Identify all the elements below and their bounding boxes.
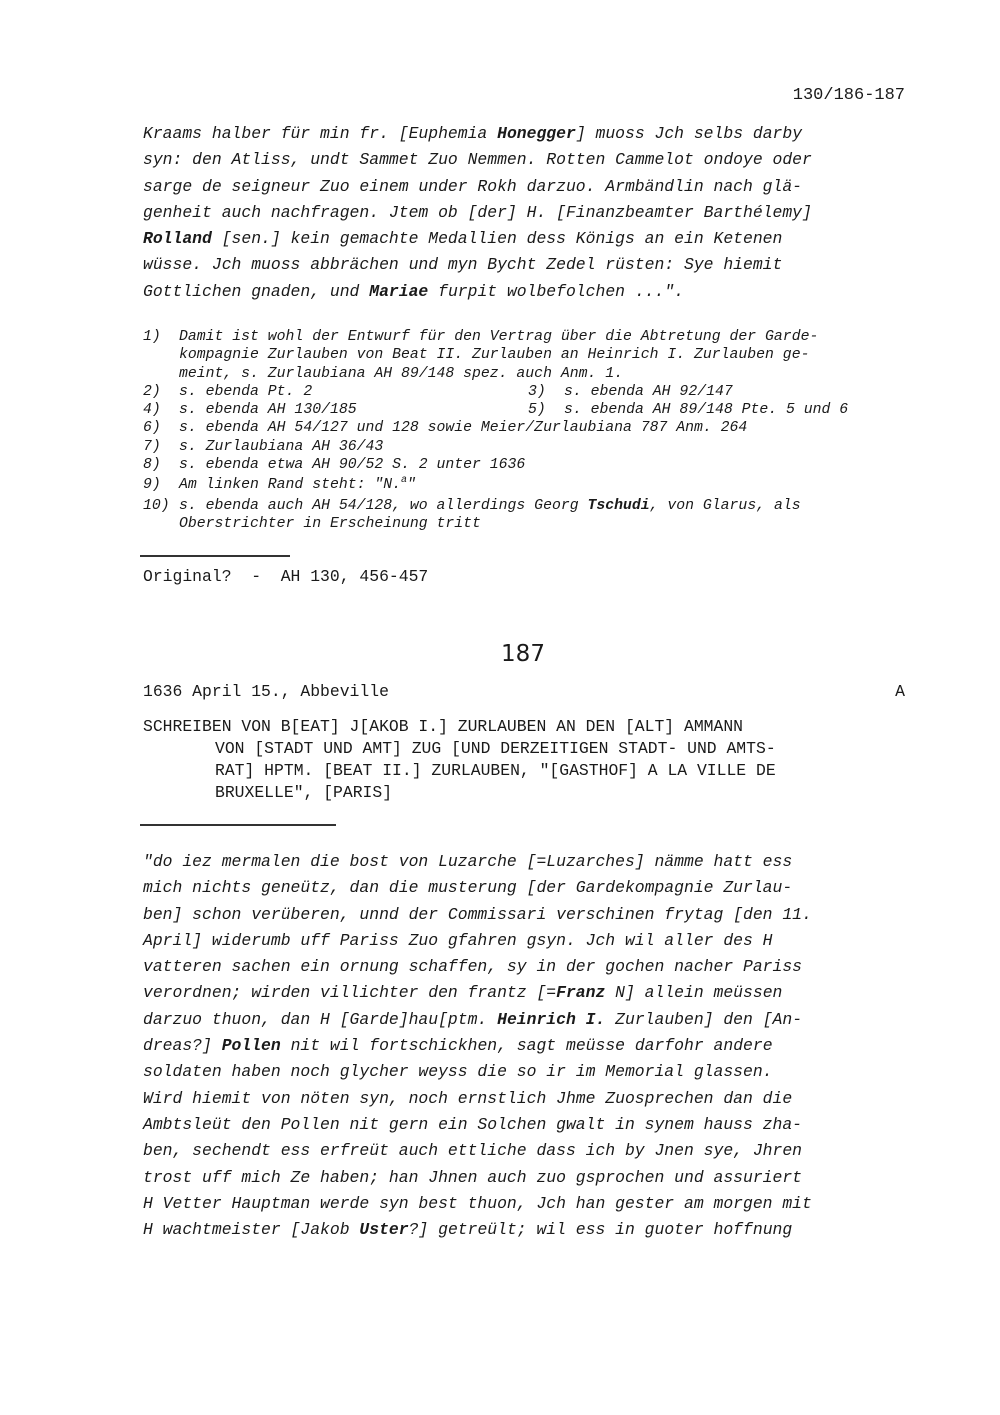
text-line: trost uff mich Ze haben; han Jhnen auch … bbox=[143, 1165, 913, 1191]
text-line: dreas?] Pollen nit wil fortschickhen, sa… bbox=[143, 1033, 913, 1059]
text-line: wüsse. Jch muoss abbrächen und myn Bycht… bbox=[143, 252, 913, 278]
footnote-10: 10)s. ebenda auch AH 54/128, wo allerdin… bbox=[143, 497, 913, 534]
text-line: vatteren sachen ein ornung schaffen, sy … bbox=[143, 954, 913, 980]
text-line: H wachtmeister [Jakob Uster?] getreült; … bbox=[143, 1217, 913, 1243]
document-body-text: "do iez mermalen die bost von Luzarche [… bbox=[143, 849, 913, 1243]
footnote-8: 8)s. ebenda etwa AH 90/52 S. 2 unter 163… bbox=[143, 456, 913, 474]
document-type-code: A bbox=[895, 682, 905, 701]
date-line: 1636 April 15., Abbeville A bbox=[143, 682, 905, 701]
source-reference: Original? - AH 130, 456-457 bbox=[143, 567, 428, 586]
text-line: syn: den Atliss, undt Sammet Zuo Nemmen.… bbox=[143, 147, 913, 173]
footnote-5: s. ebenda AH 89/148 Pte. 5 und 6 bbox=[564, 401, 848, 419]
text-line: April] widerumb uff Pariss Zuo gfahren g… bbox=[143, 928, 913, 954]
text-line: H Vetter Hauptman werde syn best thuon, … bbox=[143, 1191, 913, 1217]
page-reference: 130/186-187 bbox=[793, 86, 905, 105]
footnote-row-4-5: 4)s. ebenda AH 130/185 5)s. ebenda AH 89… bbox=[143, 401, 913, 419]
footnote-9: 9)Am linken Rand steht: "N.a" bbox=[143, 476, 913, 494]
text-line: "do iez mermalen die bost von Luzarche [… bbox=[143, 849, 913, 875]
footnote-3: s. ebenda AH 92/147 bbox=[564, 383, 733, 401]
date-place: 1636 April 15., Abbeville bbox=[143, 682, 389, 701]
heading-separator-rule bbox=[140, 824, 336, 826]
text-line: Rolland [sen.] kein gemachte Medallien d… bbox=[143, 226, 913, 252]
footnote-2: s. ebenda Pt. 2 bbox=[179, 383, 312, 401]
separator-rule bbox=[140, 555, 290, 557]
footnote-7: 7)s. Zurlaubiana AH 36/43 bbox=[143, 438, 913, 456]
text-line: soldaten haben noch glycher weyss die so… bbox=[143, 1059, 913, 1085]
text-line: verordnen; wirden villichter den frantz … bbox=[143, 980, 913, 1006]
text-line: Ambtsleüt den Pollen nit gern ein Solche… bbox=[143, 1112, 913, 1138]
footnote-4: s. ebenda AH 130/185 bbox=[179, 401, 357, 419]
footnotes: 1) Damit ist wohl der Entwurf für den Ve… bbox=[143, 328, 913, 533]
text-line: darzuo thuon, dan H [Garde]hau[ptm. Hein… bbox=[143, 1007, 913, 1033]
text-line: genheit auch nachfragen. Jtem ob [der] H… bbox=[143, 200, 913, 226]
text-line: Wird hiemit von nöten syn, noch ernstlic… bbox=[143, 1086, 913, 1112]
footnote-row-2-3: 2)s. ebenda Pt. 2 3)s. ebenda AH 92/147 bbox=[143, 383, 913, 401]
text-line: ben] schon verüberen, unnd der Commissar… bbox=[143, 902, 913, 928]
footnote-1: 1) Damit ist wohl der Entwurf für den Ve… bbox=[143, 328, 913, 383]
footnote-6: 6)s. ebenda AH 54/127 und 128 sowie Meie… bbox=[143, 419, 913, 437]
text-line: sarge de seigneur Zuo einem under Rokh d… bbox=[143, 174, 913, 200]
text-line: Kraams halber für min fr. [Euphemia Hone… bbox=[143, 121, 913, 147]
text-line: Gottlichen gnaden, und Mariae furpit wol… bbox=[143, 279, 913, 305]
text-line: ben, sechendt ess erfreüt auch ettliche … bbox=[143, 1138, 913, 1164]
document-heading: SCHREIBEN VON B[EAT] J[AKOB I.] ZURLAUBE… bbox=[143, 716, 913, 804]
document-number: 187 bbox=[0, 641, 1000, 667]
continuation-text: Kraams halber für min fr. [Euphemia Hone… bbox=[143, 121, 913, 305]
text-line: mich nichts geneütz, dan die musterung [… bbox=[143, 875, 913, 901]
